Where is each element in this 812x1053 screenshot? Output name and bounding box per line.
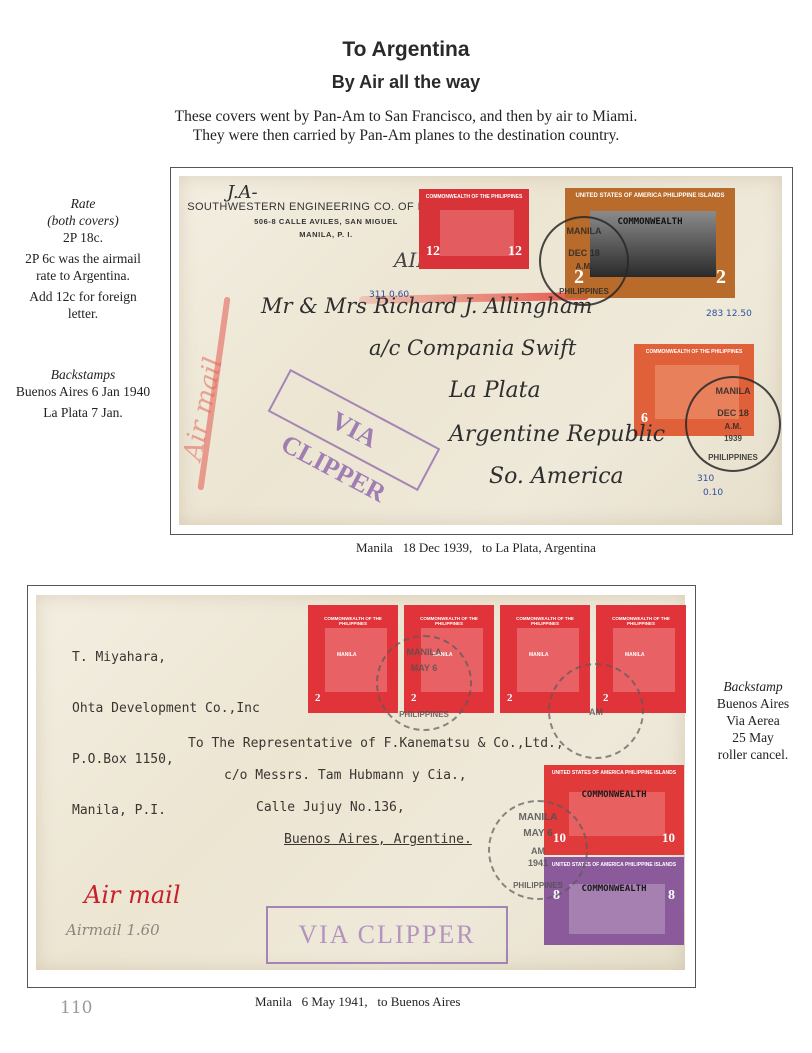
- postmark-year: 1941: [490, 858, 586, 868]
- page-number: 110: [60, 998, 92, 1018]
- cover-2-frame: T. Miyahara, Ohta Development Co.,Inc P.…: [27, 585, 696, 988]
- page-subtitle: By Air all the way: [0, 72, 812, 93]
- sender-line-1: T. Miyahara,: [72, 649, 260, 666]
- cover-1-envelope: J.A- SOUTHWESTERN ENGINEERING CO. OF P. …: [179, 176, 782, 525]
- rate-line-1: 2P 6c was the airmail: [8, 250, 158, 267]
- postmark-year: 1939: [687, 434, 779, 443]
- cover-1-airmail-vertical: Air mail: [178, 355, 229, 464]
- sender-line-3: P.O.Box 1150,: [72, 751, 260, 768]
- stamp-12c-value-right: 12: [508, 244, 522, 260]
- rate-heading: Rate: [8, 195, 158, 212]
- backstamp-line-3: 25 May: [698, 729, 808, 746]
- strip-stamp-header: COMMONWEALTH OF THE PHILIPPINES: [311, 616, 395, 626]
- backstamp-heading: Backstamp: [698, 678, 808, 695]
- cover-1-caption: Manila 18 Dec 1939, to La Plata, Argenti…: [356, 540, 596, 556]
- postmark-time: A.M.: [687, 422, 779, 431]
- postmark-country: PHILIPPINES: [687, 453, 779, 462]
- cover-2-caption: Manila 6 May 1941, to Buenos Aires: [255, 994, 460, 1010]
- cover-2-via-clipper-handstamp: VIA CLIPPER: [266, 906, 508, 964]
- postmark-month: MAY 6: [378, 663, 470, 673]
- stamp-12c-value-left: 12: [426, 244, 440, 260]
- postmark-date: DEC 18: [687, 408, 779, 418]
- stamp-6c-header: COMMONWEALTH OF THE PHILIPPINES: [637, 349, 751, 355]
- cover-2-envelope: T. Miyahara, Ohta Development Co.,Inc P.…: [36, 595, 685, 970]
- cover-2-postmark-1: MANILA MAY 6 PHILIPPINES: [376, 635, 472, 731]
- stamp-12c-vignette: [440, 210, 514, 256]
- intro-line-1: These covers went by Pan-Am to San Franc…: [0, 107, 812, 126]
- sender-line-4: Manila, P.I.: [72, 802, 260, 819]
- cover-1-via-clipper-handstamp: VIA CLIPPER: [268, 369, 441, 491]
- recipient-line-3: Calle Jujuy No.136,: [256, 799, 405, 816]
- stamp-10c-header: UNITED STATES OF AMERICA PHILIPPINE ISLA…: [547, 770, 681, 776]
- rate-subheading: (both covers): [8, 212, 158, 229]
- backstamp-line-2: Via Aerea: [698, 712, 808, 729]
- postmark-city: MANILA: [541, 226, 627, 236]
- backstamp-line-4: roller cancel.: [698, 746, 808, 763]
- postmark-city: MANILA: [378, 647, 470, 657]
- postmark-country: PHILIPPINES: [378, 710, 470, 719]
- intro-text: These covers went by Pan-Am to San Franc…: [0, 107, 812, 145]
- stamp-10c-value-right: 10: [662, 830, 675, 846]
- strip-stamp-value: 2: [315, 692, 321, 704]
- cover-1-frame: J.A- SOUTHWESTERN ENGINEERING CO. OF P. …: [170, 167, 793, 535]
- cover-2-sender: T. Miyahara, Ohta Development Co.,Inc P.…: [72, 615, 260, 853]
- address-line-5: So. America: [489, 464, 624, 489]
- backstamp-line-1: Buenos Aires: [698, 695, 808, 712]
- postmark-time: AM: [550, 707, 642, 717]
- postmark-city: MANILA: [687, 386, 779, 396]
- cover-1-postmark-1: MANILA DEC 18 A.M. PHILIPPINES: [539, 216, 629, 306]
- address-line-2: a/c Compania Swift: [369, 336, 576, 360]
- address-line-1: Mr & Mrs Richard J. Allingham: [261, 294, 592, 318]
- stamp-10c-overprint: COMMONWEALTH: [547, 790, 681, 800]
- recipient-line-1: To The Representative of F.Kanematsu & C…: [188, 735, 564, 752]
- recipient-line-2: c/o Messrs. Tam Hubmann y Cia.,: [224, 767, 467, 784]
- rate-line-4: letter.: [8, 305, 158, 322]
- cover-2-pencil-note: Airmail 1.60: [66, 921, 160, 939]
- rate-line-3: Add 12c for foreign: [8, 288, 158, 305]
- stamp-12c-header: COMMONWEALTH OF THE PHILIPPINES: [422, 194, 526, 200]
- strip-stamp-header: COMMONWEALTH OF THE PHILIPPINES: [503, 616, 587, 626]
- postmark-date: MAY 6: [490, 828, 586, 839]
- rate-value: 2P 18c.: [8, 229, 158, 246]
- strip-stamp-label: MANILA: [625, 652, 644, 658]
- backstamps-heading: Backstamps: [8, 366, 158, 383]
- strip-stamp-value: 2: [507, 692, 513, 704]
- postmark-time: A.M.: [541, 262, 627, 271]
- cover-2-air-mail: Air mail: [84, 881, 181, 909]
- postmark-country: PHILIPPINES: [490, 881, 586, 890]
- pencil-note-4: 0.10: [703, 488, 723, 498]
- recipient-line-4: Buenos Aires, Argentine.: [284, 831, 472, 848]
- intro-line-2: They were then carried by Pan-Am planes …: [0, 126, 812, 145]
- rate-note: Rate (both covers) 2P 18c. 2P 6c was the…: [8, 195, 158, 421]
- backstamp-1: Buenos Aires 6 Jan 1940: [8, 383, 158, 400]
- stamp-2p-header: UNITED STATES OF AMERICA PHILIPPINE ISLA…: [568, 193, 732, 199]
- postmark-date: DEC 18: [541, 248, 627, 258]
- stamp-12c: COMMONWEALTH OF THE PHILIPPINES 12 12: [419, 189, 529, 269]
- backstamp-note: Backstamp Buenos Aires Via Aerea 25 May …: [698, 678, 808, 763]
- address-line-4: Argentine Republic: [449, 422, 665, 447]
- rate-line-2: rate to Argentina.: [8, 267, 158, 284]
- stamp-2p-value-right: 2: [716, 266, 726, 289]
- pencil-note-2: 283 12.50: [706, 309, 752, 319]
- strip-stamp-header: COMMONWEALTH OF THE PHILIPPINES: [407, 616, 491, 626]
- strip-stamp-label: MANILA: [529, 652, 548, 658]
- backstamp-2: La Plata 7 Jan.: [8, 404, 158, 421]
- stamp-8c-value-right: 8: [668, 888, 675, 936]
- pencil-note-3: 310: [697, 474, 714, 484]
- cover-1-postmark-2: MANILA DEC 18 A.M. 1939 PHILIPPINES: [685, 376, 781, 472]
- strip-stamp-header: COMMONWEALTH OF THE PHILIPPINES: [599, 616, 683, 626]
- sender-line-2: Ohta Development Co.,Inc: [72, 700, 260, 717]
- strip-stamp-label: MANILA: [337, 652, 356, 658]
- address-line-3: La Plata: [449, 378, 541, 403]
- page-title: To Argentina: [0, 38, 812, 62]
- postmark-city: MANILA: [490, 812, 586, 823]
- postmark-time: AM: [490, 846, 586, 856]
- cover-1-initials: J.A-: [227, 182, 258, 203]
- cover-2-postmark-3: MANILA MAY 6 AM 1941 PHILIPPINES: [488, 800, 588, 900]
